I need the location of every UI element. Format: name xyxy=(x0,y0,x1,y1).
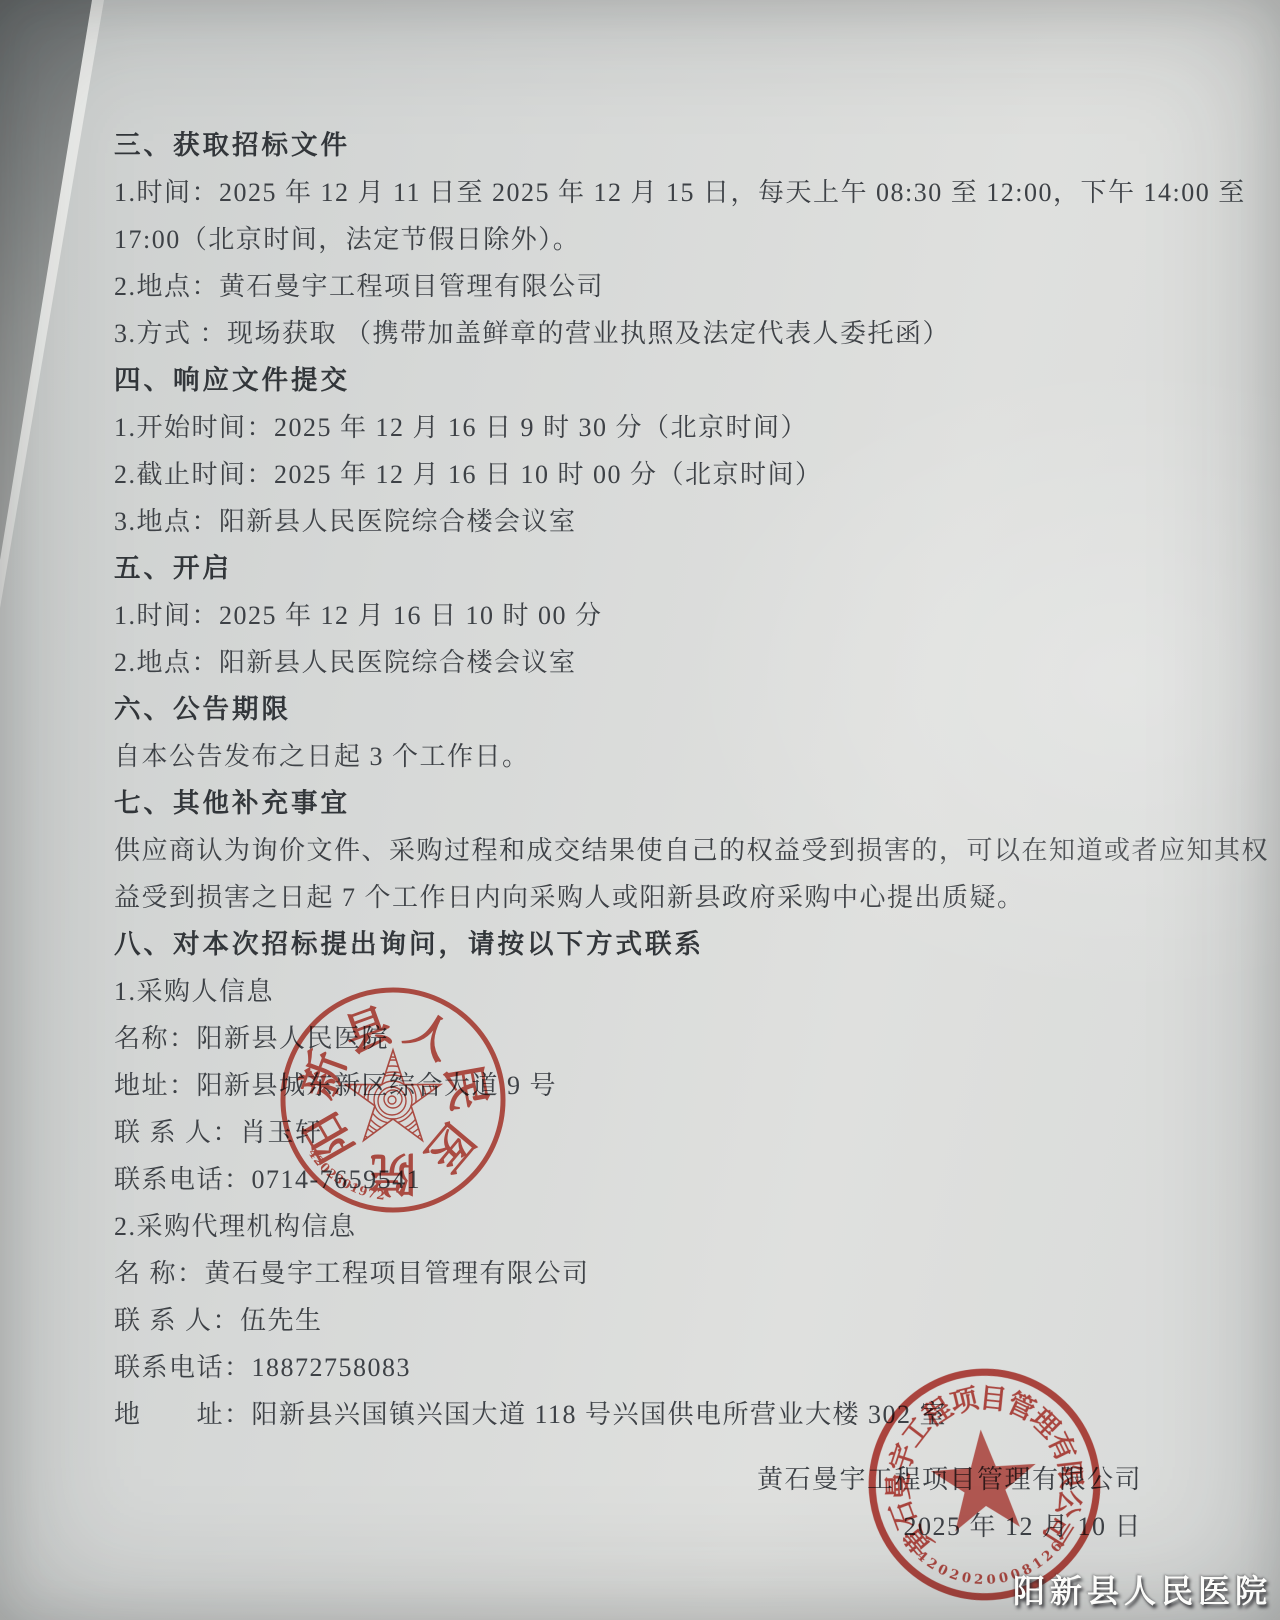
section-heading: 七、其他补充事宜 xyxy=(114,780,1160,827)
doc-line: 联 系 人：肖玉轩 xyxy=(114,1109,1160,1156)
section-heading: 八、对本次招标提出询问，请按以下方式联系 xyxy=(114,921,1160,968)
svg-text:曼: 曼 xyxy=(882,1472,915,1501)
document-photo: { "document": { "lines": [ {"style":"hea… xyxy=(0,0,1280,1620)
svg-text:新: 新 xyxy=(290,1044,356,1106)
doc-line: 名称：阳新县人民医院 xyxy=(114,1015,1160,1062)
svg-text:2: 2 xyxy=(974,1573,984,1589)
svg-text:0: 0 xyxy=(960,1570,972,1586)
doc-line: 2.地点：阳新县人民医院综合楼会议室 xyxy=(114,639,1160,686)
doc-line: 2.地点：黄石曼宇工程项目管理有限公司 xyxy=(114,263,1160,310)
doc-line: 2.采购代理机构信息 xyxy=(114,1203,1160,1250)
section-heading: 四、响应文件提交 xyxy=(114,357,1160,404)
svg-text:2: 2 xyxy=(947,1567,961,1584)
svg-text:2: 2 xyxy=(376,1188,386,1203)
document-lines: 三、获取招标文件1.时间：2025 年 12 月 11 日至 2025 年 12… xyxy=(0,0,1280,1550)
doc-line: 联 系 人：伍先生 xyxy=(114,1297,1160,1344)
svg-text:0: 0 xyxy=(998,1570,1010,1587)
doc-line: 1.时间：2025 年 12 月 11 日至 2025 年 12 月 15 日，… xyxy=(114,169,1160,216)
section-heading: 五、开启 xyxy=(114,545,1160,592)
doc-line: 1.时间：2025 年 12 月 16 日 10 时 00 分 xyxy=(114,592,1160,639)
section-heading: 六、公告期限 xyxy=(114,686,1160,733)
svg-text:县: 县 xyxy=(337,997,399,1063)
doc-line: 3.方式 ：现场获取 （携带加盖鲜章的营业执照及法定代表人委托函） xyxy=(114,310,1160,357)
doc-line: 3.地点：阳新县人民医院综合楼会议室 xyxy=(114,498,1160,545)
svg-text:项: 项 xyxy=(947,1382,982,1420)
svg-text:0: 0 xyxy=(986,1572,996,1588)
doc-line: 17:00（北京时间，法定节假日除外）。 xyxy=(114,216,1160,263)
doc-line: 自本公告发布之日起 3 个工作日。 xyxy=(114,733,1160,780)
svg-text:人: 人 xyxy=(397,1001,464,1071)
doc-line: 益受到损害之日起 7 个工作日内向采购人或阳新县政府采购中心提出质疑。 xyxy=(114,874,1160,921)
purchaser-official-seal: 阳新县人民医院4202301972 xyxy=(273,980,513,1220)
section-heading: 三、获取招标文件 xyxy=(114,122,1160,169)
svg-text:民: 民 xyxy=(435,1060,496,1115)
doc-line: 联系电话：0714-7659541 xyxy=(114,1156,1160,1203)
doc-line: 1.开始时间：2025 年 12 月 16 日 9 时 30 分（北京时间） xyxy=(114,404,1160,451)
doc-line: 地址：阳新县城东新区综合大道 9 号 xyxy=(114,1062,1160,1109)
doc-line: 名 称：黄石曼宇工程项目管理有限公司 xyxy=(114,1250,1160,1297)
svg-text:限: 限 xyxy=(1052,1459,1087,1490)
hospital-watermark: 阳新县人民医院 xyxy=(1013,1566,1272,1612)
doc-line: 1.采购人信息 xyxy=(114,968,1160,1015)
doc-line: 供应商认为询价文件、采购过程和成交结果使自己的权益受到损害的，可以在知道或者应知… xyxy=(114,827,1160,874)
doc-line: 2.截止时间：2025 年 12 月 16 日 10 时 00 分（北京时间） xyxy=(114,451,1160,498)
